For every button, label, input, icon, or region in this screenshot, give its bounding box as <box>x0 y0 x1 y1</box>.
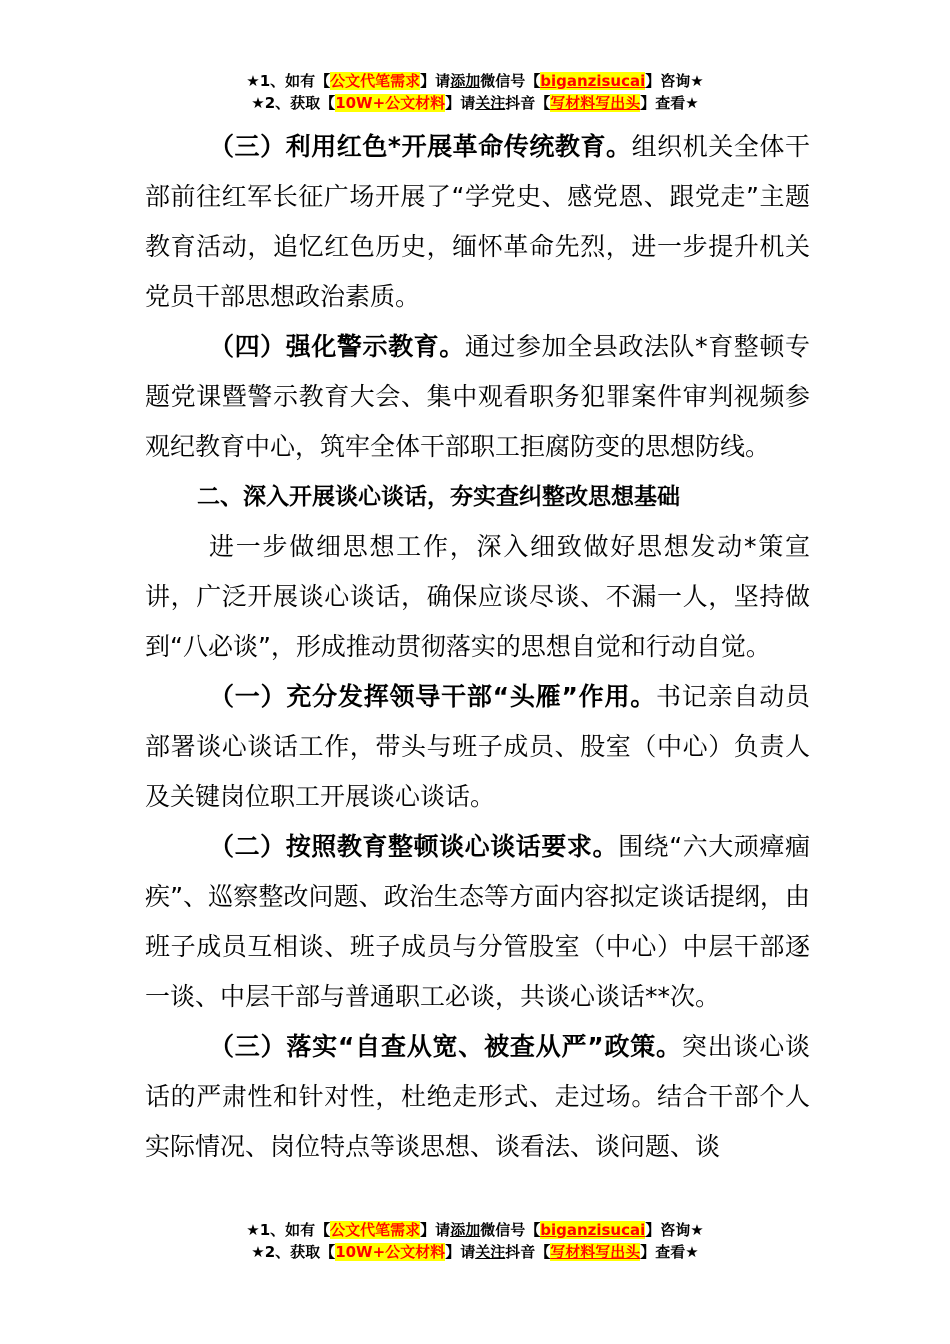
promo-text: ★1、如有【 <box>246 1221 330 1239</box>
promo-underline-add: 添加 <box>450 72 480 90</box>
promo-text: 】请 <box>445 94 475 112</box>
promo-wechat-id[interactable]: biganzisucai <box>540 1221 645 1239</box>
promo-text: 】请 <box>420 1221 450 1239</box>
promo-line-2: ★2、获取【10W+公文材料】请关注抖音【写材料写出头】查看★ <box>0 1241 950 1263</box>
promo-text: 抖音【 <box>505 94 550 112</box>
promo-text: 】请 <box>445 1243 475 1261</box>
promo-text: 】查看★ <box>640 1243 698 1261</box>
paragraph-lead: （一）充分发挥领导干部“头雁”作用。 <box>209 682 656 711</box>
paragraph-lead: （三）落实“自查从宽、被查从严”政策。 <box>209 1032 682 1061</box>
promo-highlight-need: 公文代笔需求 <box>330 72 420 90</box>
promo-wechat-id[interactable]: biganzisucai <box>540 72 645 90</box>
promo-highlight-need: 公文代笔需求 <box>330 1221 420 1239</box>
promo-line-2: ★2、获取【10W+公文材料】请关注抖音【写材料写出头】查看★ <box>0 92 950 114</box>
paragraph-policy: （三）落实“自查从宽、被查从严”政策。突出谈心谈话的严肃性和针对性，杜绝走形式、… <box>145 1022 810 1172</box>
paragraph-leader-role: （一）充分发挥领导干部“头雁”作用。书记亲自动员部署谈心谈话工作，带头与班子成员… <box>145 672 810 822</box>
promo-text: 】咨询★ <box>645 1221 703 1239</box>
document-body: （三）利用红色*开展革命传统教育。组织机关全体干部前往红军长征广场开展了“学党史… <box>145 122 810 1172</box>
promo-douyin-account[interactable]: 写材料写出头 <box>550 1243 640 1261</box>
promo-underline-follow: 关注 <box>475 1243 505 1261</box>
section-heading: 二、深入开展谈心谈话，夯实查纠整改思想基础 <box>145 472 810 522</box>
promo-text: 微信号【 <box>480 1221 540 1239</box>
paragraph-lead: （三）利用红色*开展革命传统教育。 <box>209 132 632 161</box>
promo-highlight-material: 10W+公文材料 <box>335 1243 445 1261</box>
promo-line-1: ★1、如有【公文代笔需求】请添加微信号【biganzisucai】咨询★ <box>0 1219 950 1241</box>
footer-promo-banner: ★1、如有【公文代笔需求】请添加微信号【biganzisucai】咨询★ ★2、… <box>0 1219 950 1263</box>
promo-underline-add: 添加 <box>450 1221 480 1239</box>
header-promo-banner: ★1、如有【公文代笔需求】请添加微信号【biganzisucai】咨询★ ★2、… <box>0 70 950 114</box>
promo-underline-follow: 关注 <box>475 94 505 112</box>
paragraph-red-education: （三）利用红色*开展革命传统教育。组织机关全体干部前往红军长征广场开展了“学党史… <box>145 122 810 322</box>
promo-text: 】咨询★ <box>645 72 703 90</box>
promo-text: ★1、如有【 <box>246 72 330 90</box>
promo-text: ★2、获取【 <box>251 94 335 112</box>
paragraph-warning-education: （四）强化警示教育。通过参加全县政法队*育整顿专题党课暨警示教育大会、集中观看职… <box>145 322 810 472</box>
paragraph-talk-requirements: （二）按照教育整顿谈心谈话要求。围绕“六大顽瘴痼疾”、巡察整改问题、政治生态等方… <box>145 822 810 1022</box>
section-intro: 进一步做细思想工作，深入细致做好思想发动*策宣讲，广泛开展谈心谈话，确保应谈尽谈… <box>145 522 810 672</box>
paragraph-lead: （二）按照教育整顿谈心谈话要求。 <box>209 832 618 861</box>
promo-text: 微信号【 <box>480 72 540 90</box>
promo-text: ★2、获取【 <box>251 1243 335 1261</box>
promo-text: 抖音【 <box>505 1243 550 1261</box>
paragraph-lead: （四）强化警示教育。 <box>209 332 465 361</box>
promo-douyin-account[interactable]: 写材料写出头 <box>550 94 640 112</box>
promo-line-1: ★1、如有【公文代笔需求】请添加微信号【biganzisucai】咨询★ <box>0 70 950 92</box>
promo-text: 】查看★ <box>640 94 698 112</box>
promo-text: 】请 <box>420 72 450 90</box>
promo-highlight-material: 10W+公文材料 <box>335 94 445 112</box>
